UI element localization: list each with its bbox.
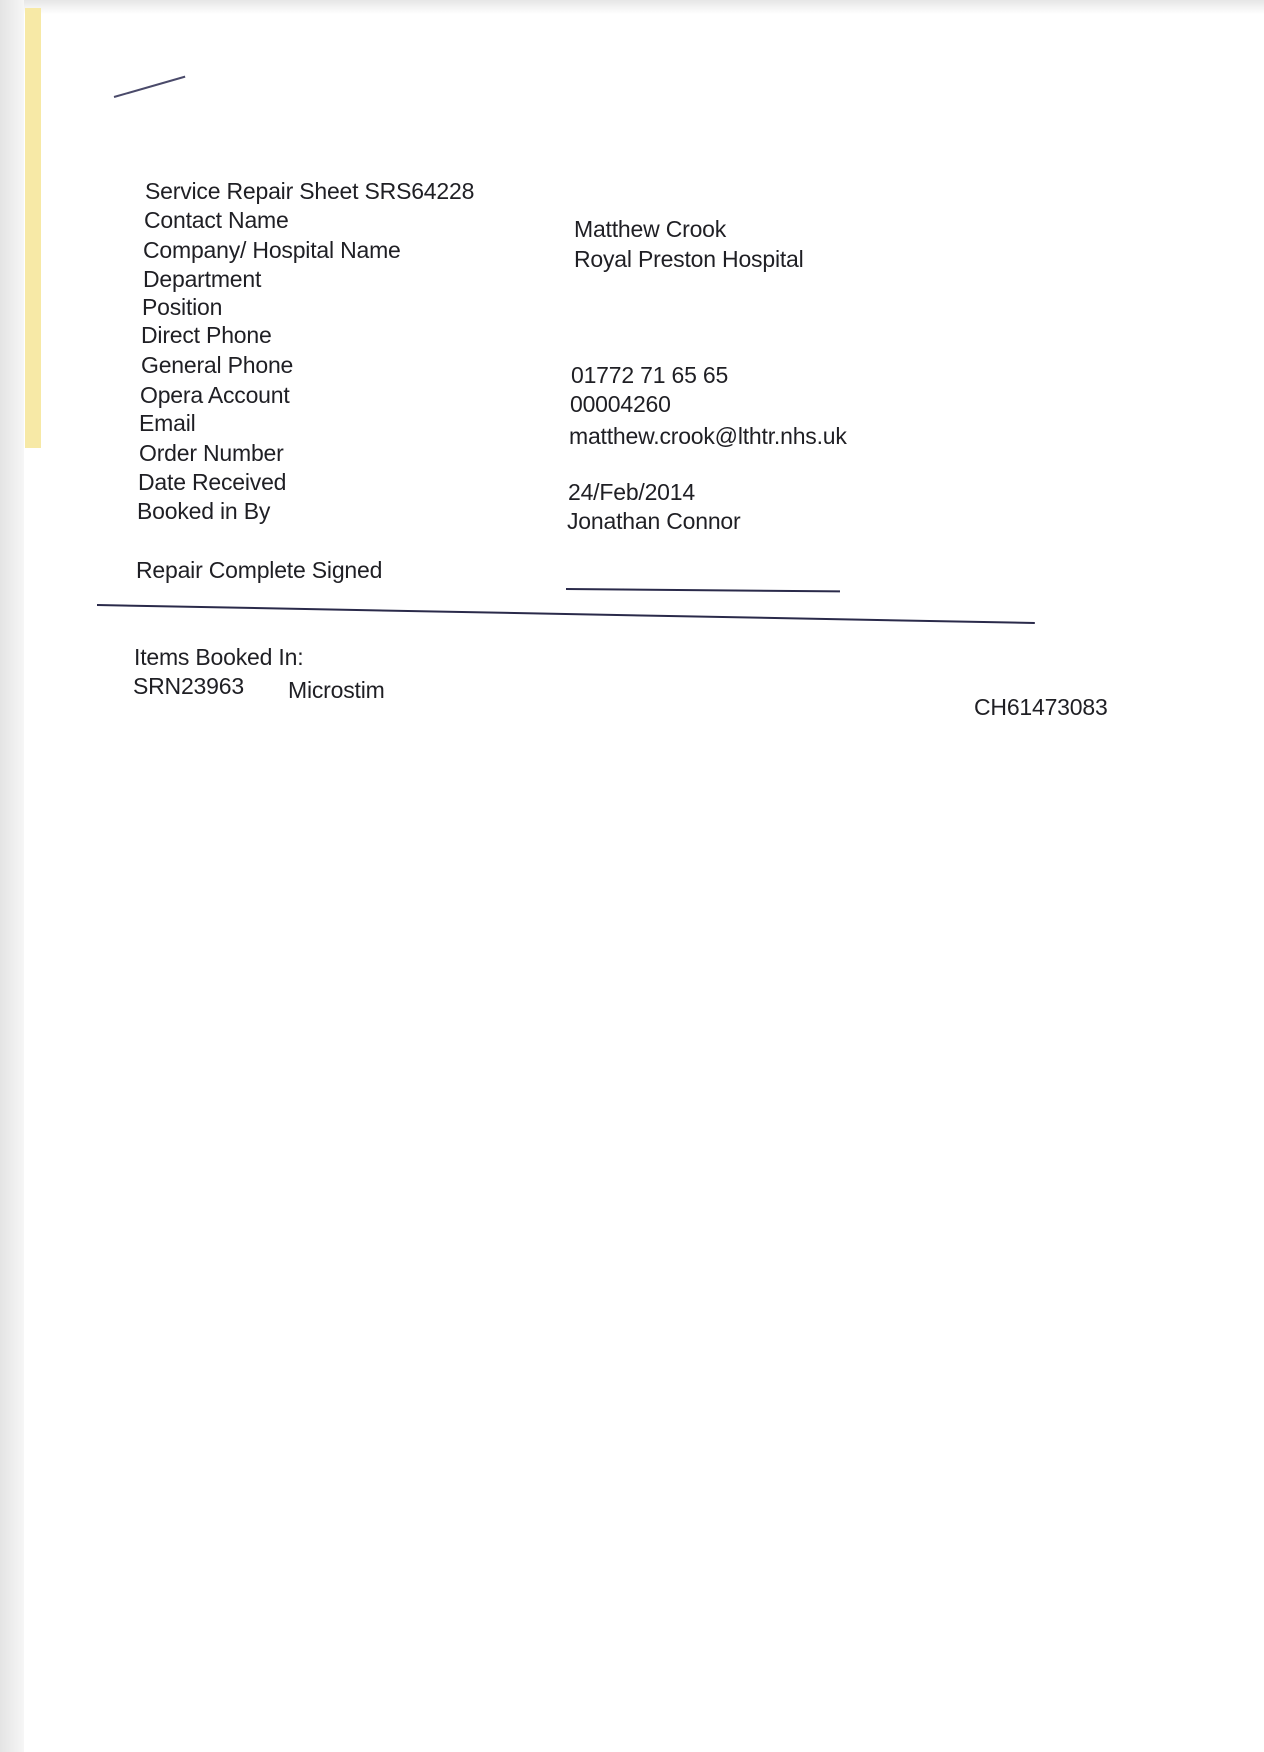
value-opera-account: 00004260 [570, 391, 671, 418]
value-general-phone: 01772 71 65 65 [571, 362, 728, 389]
item-serial: CH61473083 [974, 694, 1108, 721]
label-booked-in-by: Booked in By [137, 498, 270, 525]
label-email: Email [139, 410, 196, 437]
signature-line [566, 588, 840, 592]
item-description: Microstim [288, 677, 385, 704]
label-date-received: Date Received [138, 469, 286, 496]
yellow-tab-strip [25, 8, 41, 448]
value-contact-name: Matthew Crook [574, 216, 726, 243]
label-order-number: Order Number [139, 440, 284, 467]
section-divider [97, 604, 1035, 624]
label-direct-phone: Direct Phone [141, 322, 272, 349]
item-ref: SRN23963 [133, 673, 244, 700]
value-email: matthew.crook@lthtr.nhs.uk [569, 423, 847, 450]
label-opera-account: Opera Account [140, 382, 290, 409]
scan-left-edge [0, 0, 24, 1752]
scan-top-edge [0, 0, 1264, 14]
label-company: Company/ Hospital Name [143, 237, 401, 264]
label-position: Position [142, 294, 222, 321]
label-department: Department [143, 266, 261, 293]
sheet-title: Service Repair Sheet SRS64228 [145, 178, 474, 205]
label-contact-name: Contact Name [144, 207, 289, 234]
value-company: Royal Preston Hospital [574, 246, 804, 273]
repair-complete-signed-label: Repair Complete Signed [136, 557, 382, 584]
label-general-phone: General Phone [141, 352, 293, 379]
value-booked-in-by: Jonathan Connor [567, 508, 740, 535]
value-date-received: 24/Feb/2014 [568, 479, 695, 506]
pen-mark [114, 76, 186, 98]
items-heading: Items Booked In: [134, 644, 303, 671]
